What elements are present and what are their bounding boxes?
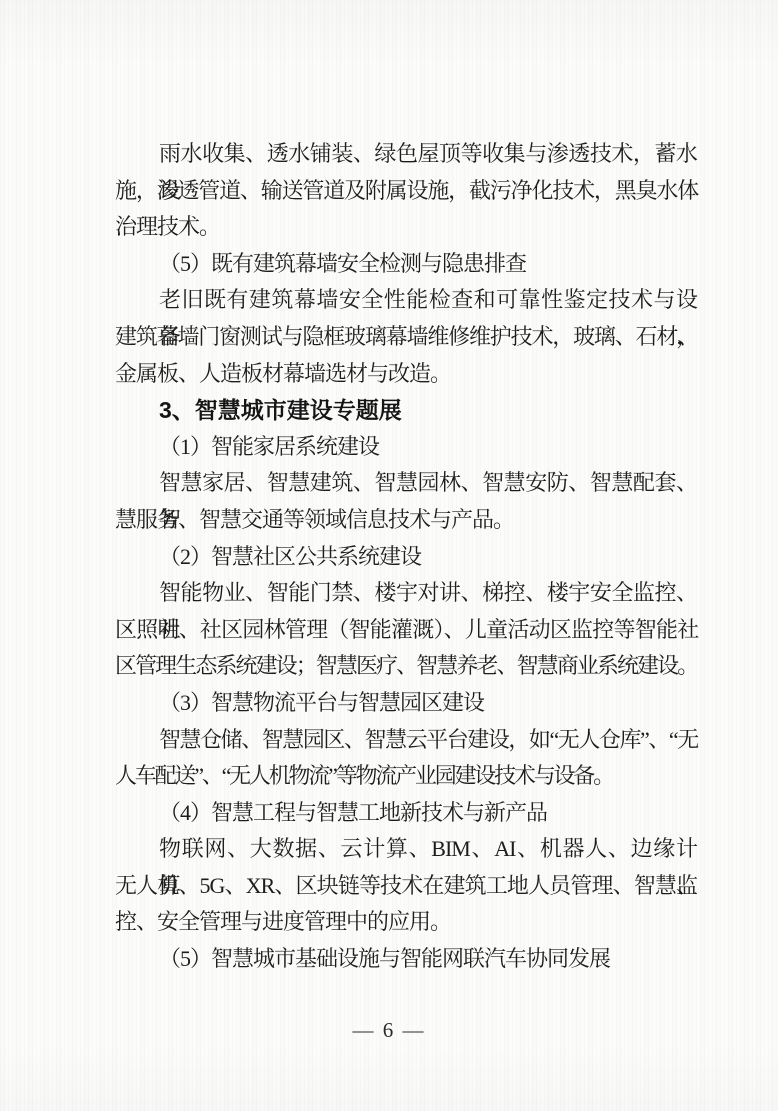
text-line: 人车配送”、“无人机物流”等物流产业园建设技术与设备。	[115, 758, 697, 795]
text-line: （4）智慧工程与智慧工地新技术与新产品	[115, 795, 697, 832]
section-heading-line: 3、智慧城市建设专题展	[115, 392, 697, 429]
text-line: （2）智慧社区公共系统建设	[115, 539, 697, 576]
text-line: 建筑幕墙门窗测试与隐框玻璃幕墙维修维护技术，玻璃、石材、	[115, 319, 697, 356]
text-line: 施，渗透管道、输送管道及附属设施，截污净化技术，黑臭水体	[115, 173, 697, 210]
text-line: 金属板、人造板材幕墙选材与改造。	[115, 356, 697, 393]
text-line: （1）智能家居系统建设	[115, 429, 697, 466]
text-line: 控、安全管理与进度管理中的应用。	[115, 904, 697, 941]
text-line: 雨水收集、透水铺装、绿色屋顶等收集与渗透技术，蓄水设	[115, 136, 697, 173]
text-line: （5）智慧城市基础设施与智能网联汽车协同发展	[115, 941, 697, 978]
text-line: 智慧家居、智慧建筑、智慧园林、智慧安防、智慧配套、智	[115, 465, 697, 502]
scanned-document-page: 雨水收集、透水铺装、绿色屋顶等收集与渗透技术，蓄水设施，渗透管道、输送管道及附属…	[0, 0, 778, 1111]
text-line: （5）既有建筑幕墙安全检测与隐患排查	[115, 246, 697, 283]
document-lines: 雨水收集、透水铺装、绿色屋顶等收集与渗透技术，蓄水设施，渗透管道、输送管道及附属…	[115, 136, 697, 978]
text-line: 智慧仓储、智慧园区、智慧云平台建设，如“无人仓库”、“无	[115, 722, 697, 759]
page-number-footer: — 6 —	[0, 1012, 778, 1048]
text-line: 智能物业、智能门禁、楼宇对讲、梯控、楼宇安全监控、社	[115, 575, 697, 612]
text-line: 区管理生态系统建设；智慧医疗、智慧养老、智慧商业系统建设。	[115, 648, 697, 685]
text-line: 物联网、大数据、云计算、BIM、AI、机器人、边缘计算、	[115, 831, 697, 868]
text-line: 区照明、社区园林管理（智能灌溉）、儿童活动区监控等智能社	[115, 612, 697, 649]
text-line: 老旧既有建筑幕墙安全性能检查和可靠性鉴定技术与设备，	[115, 282, 697, 319]
text-line: 慧服务、智慧交通等领域信息技术与产品。	[115, 502, 697, 539]
text-line: （3）智慧物流平台与智慧园区建设	[115, 685, 697, 722]
text-line: 治理技术。	[115, 209, 697, 246]
text-line: 无人机、5G、XR、区块链等技术在建筑工地人员管理、智慧监	[115, 868, 697, 905]
